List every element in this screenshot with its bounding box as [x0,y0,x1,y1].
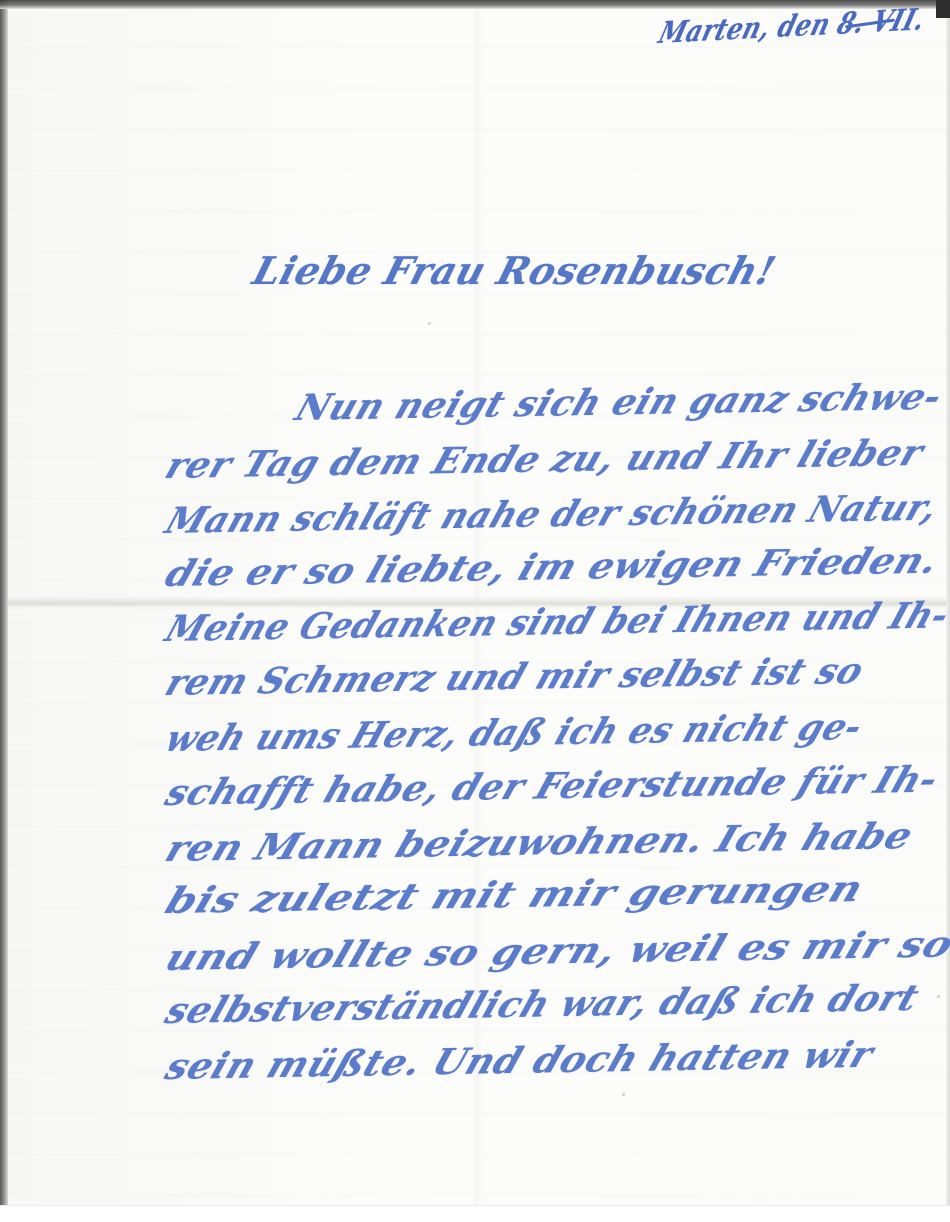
scan-edge-left [0,0,8,1222]
scan-edge-bottom [0,1205,950,1222]
paper-speck [622,1093,625,1096]
scan-corner-mark [936,0,950,18]
paper-speck [937,995,940,998]
scanned-letter-page: Marten, den 8. VII. Liebe Frau Rosenbusc… [0,0,950,1222]
paper-speck [428,322,431,325]
salutation: Liebe Frau Rosenbusch! [248,248,781,293]
